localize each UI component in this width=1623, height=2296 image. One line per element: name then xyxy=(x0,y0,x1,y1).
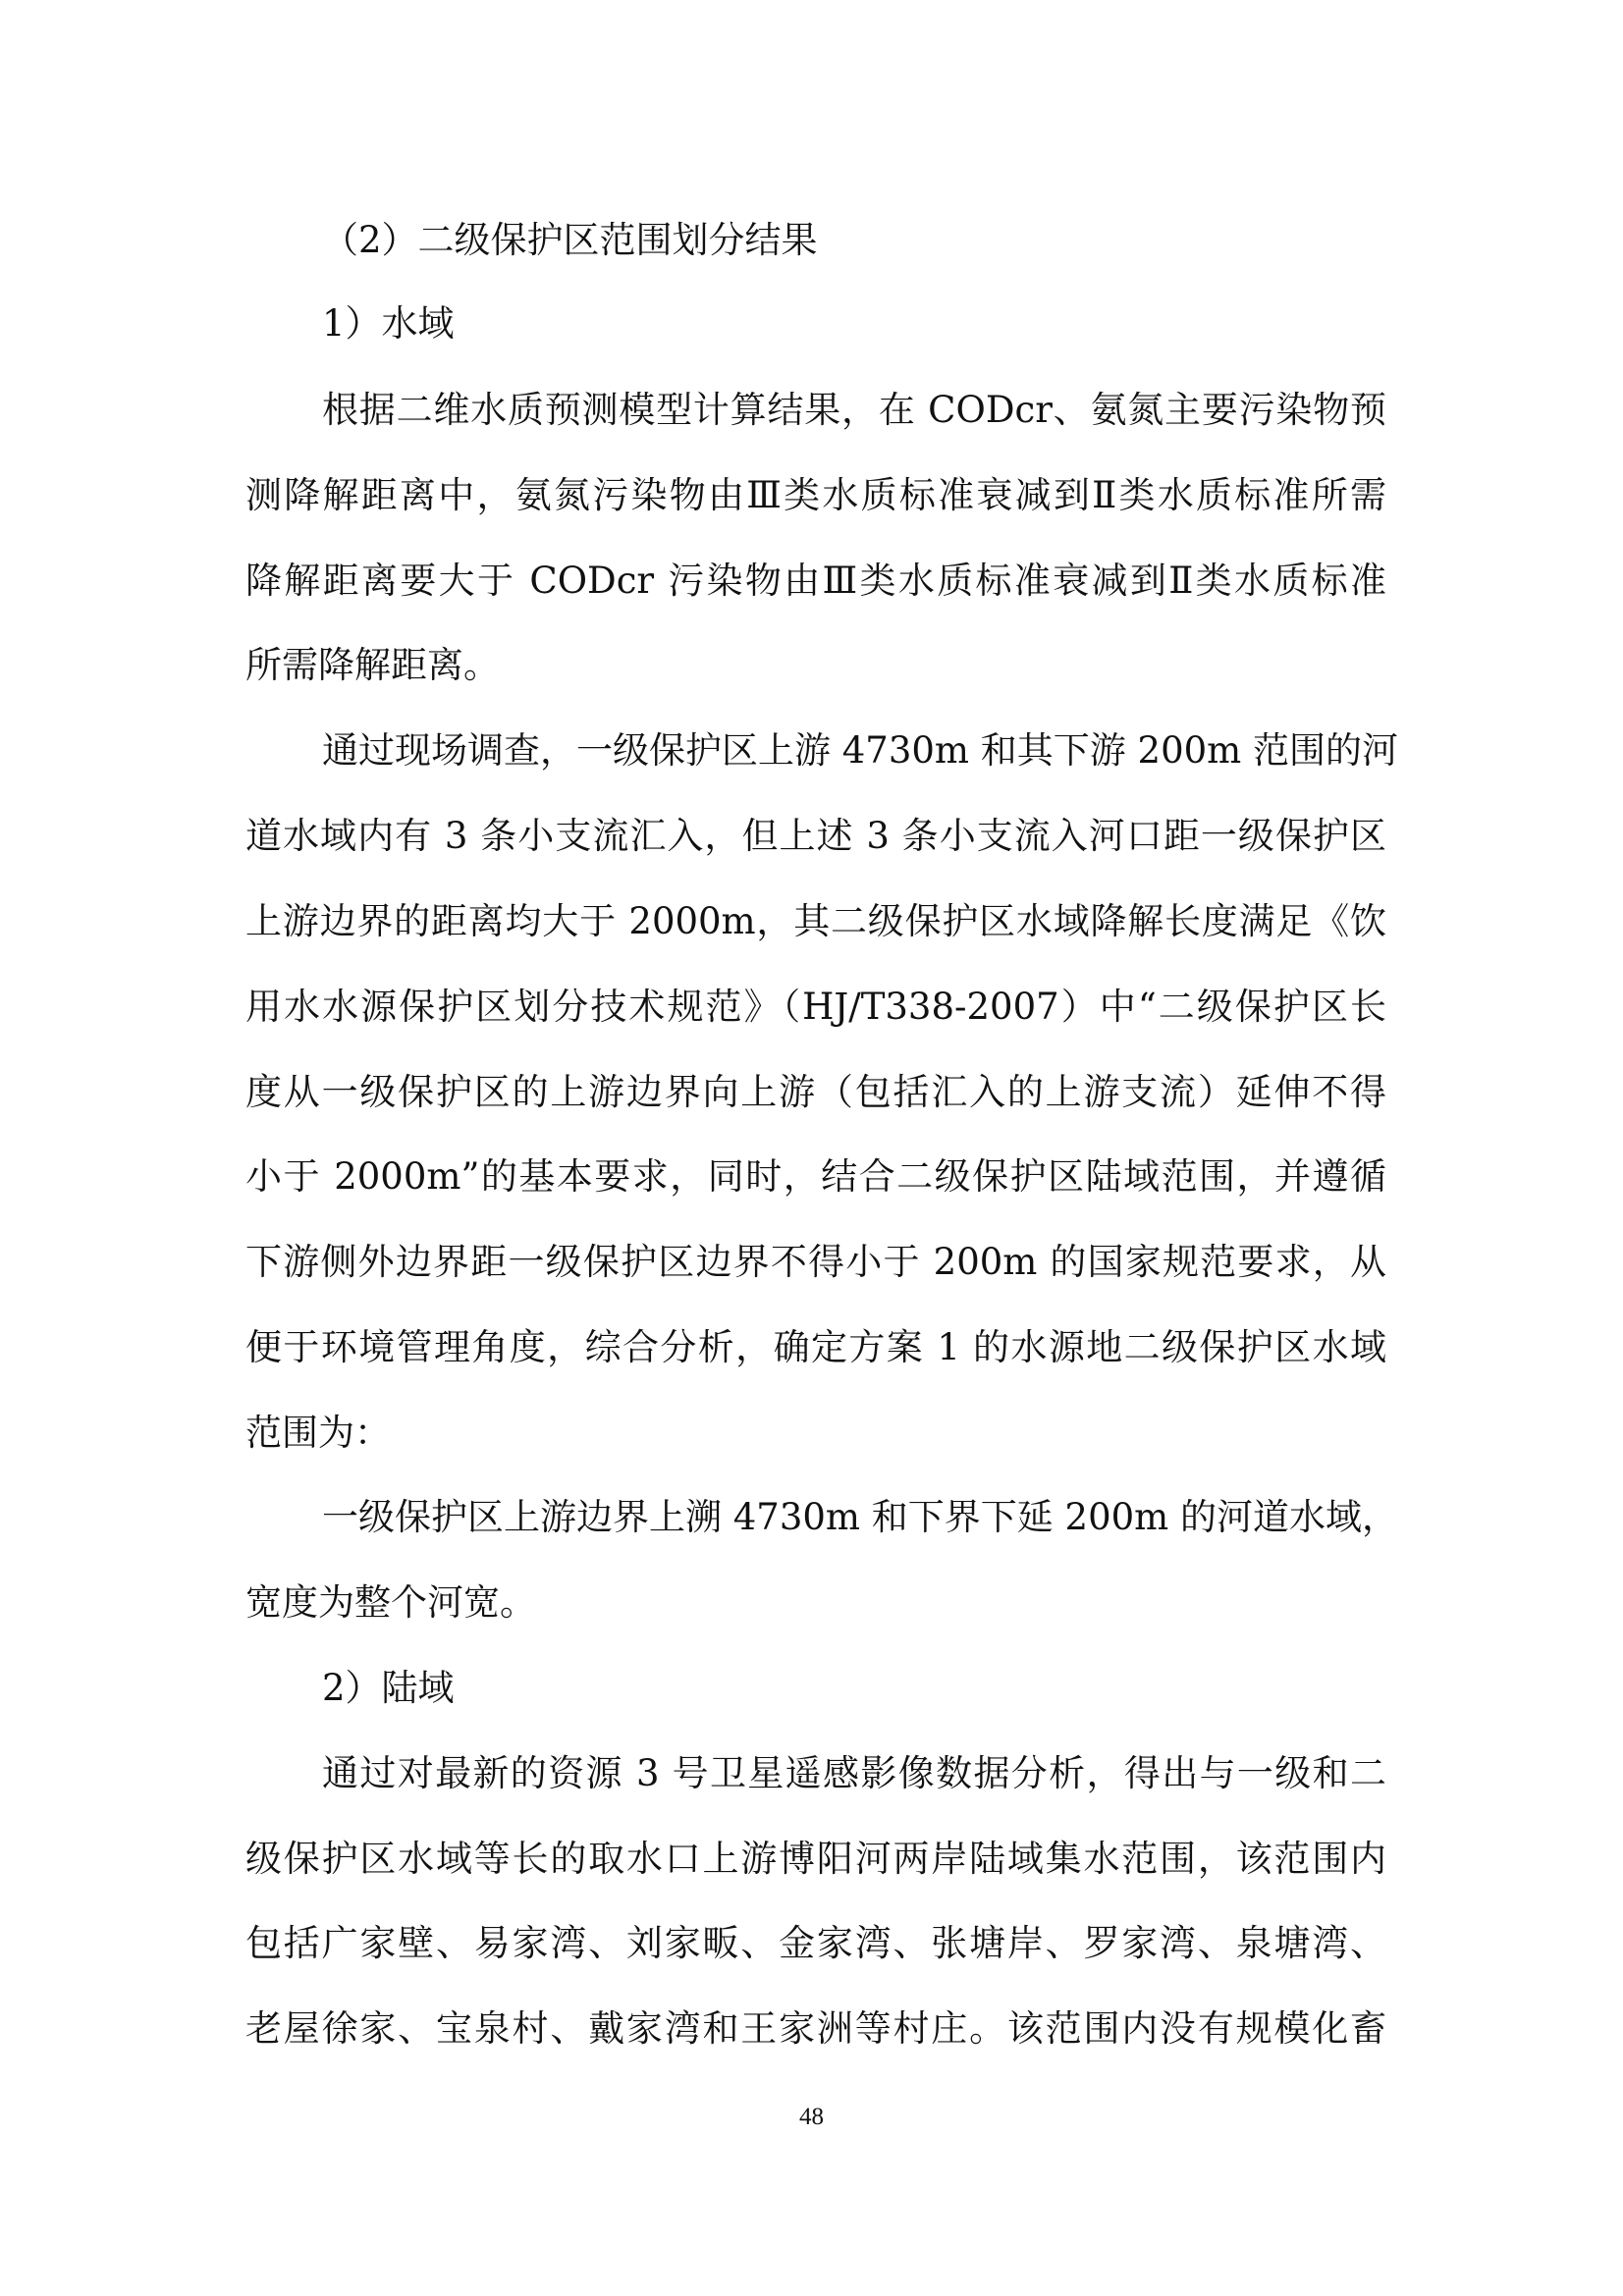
paragraph-line: 包括广家壁、易家湾、刘家畈、金家湾、张塘岸、罗家湾、泉塘湾、 xyxy=(245,1914,1386,1973)
paragraph-line: 通过对最新的资源 3 号卫星遥感影像数据分析，得出与一级和二 xyxy=(322,1744,1386,1803)
paragraph-line: 降解距离要大于 CODcr 污染物由Ⅲ类水质标准衰减到Ⅱ类水质标准 xyxy=(245,552,1386,611)
page-number: 48 xyxy=(0,2104,1623,2131)
paragraph-line: 用水水源保护区划分技术规范》（HJ/T338-2007）中“二级保护区长 xyxy=(245,978,1386,1037)
paragraph-line: 所需降解距离。 xyxy=(245,636,1386,695)
paragraph-line: 道水域内有 3 条小支流汇入，但上述 3 条小支流入河口距一级保护区 xyxy=(245,807,1386,866)
paragraph-line: 范围为： xyxy=(245,1404,1386,1463)
document-page: （2）二级保护区范围划分结果 1）水域 根据二维水质预测模型计算结果，在 COD… xyxy=(0,0,1623,2296)
paragraph-line: 一级保护区上游边界上溯 4730m 和下界下延 200m 的河道水域， xyxy=(322,1488,1386,1547)
subsection-heading-land: 2）陆域 xyxy=(322,1659,1386,1718)
paragraph-line: 测降解距离中，氨氮污染物由Ⅲ类水质标准衰减到Ⅱ类水质标准所需 xyxy=(245,466,1386,525)
paragraph-line: 下游侧外边界距一级保护区边界不得小于 200m 的国家规范要求，从 xyxy=(245,1233,1386,1292)
paragraph-line: 通过现场调查，一级保护区上游 4730m 和其下游 200m 范围的河 xyxy=(322,721,1386,780)
subsection-heading-water: 1）水域 xyxy=(322,294,1386,353)
paragraph-line: 宽度为整个河宽。 xyxy=(245,1574,1386,1632)
paragraph-line: 小于 2000m”的基本要求，同时，结合二级保护区陆域范围，并遵循 xyxy=(245,1148,1386,1206)
paragraph-line: 老屋徐家、宝泉村、戴家湾和王家洲等村庄。该范围内没有规模化畜 xyxy=(245,2000,1386,2058)
paragraph-line: 上游边界的距离均大于 2000m，其二级保护区水域降解长度满足《饮 xyxy=(245,892,1386,951)
paragraph-line: 级保护区水域等长的取水口上游博阳河两岸陆域集水范围，该范围内 xyxy=(245,1830,1386,1889)
paragraph-line: 度从一级保护区的上游边界向上游（包括汇入的上游支流）延伸不得 xyxy=(245,1063,1386,1122)
section-heading: （2）二级保护区范围划分结果 xyxy=(322,211,1386,270)
paragraph-line: 根据二维水质预测模型计算结果，在 CODcr、氨氮主要污染物预 xyxy=(322,381,1386,440)
paragraph-line: 便于环境管理角度，综合分析，确定方案 1 的水源地二级保护区水域 xyxy=(245,1318,1386,1377)
